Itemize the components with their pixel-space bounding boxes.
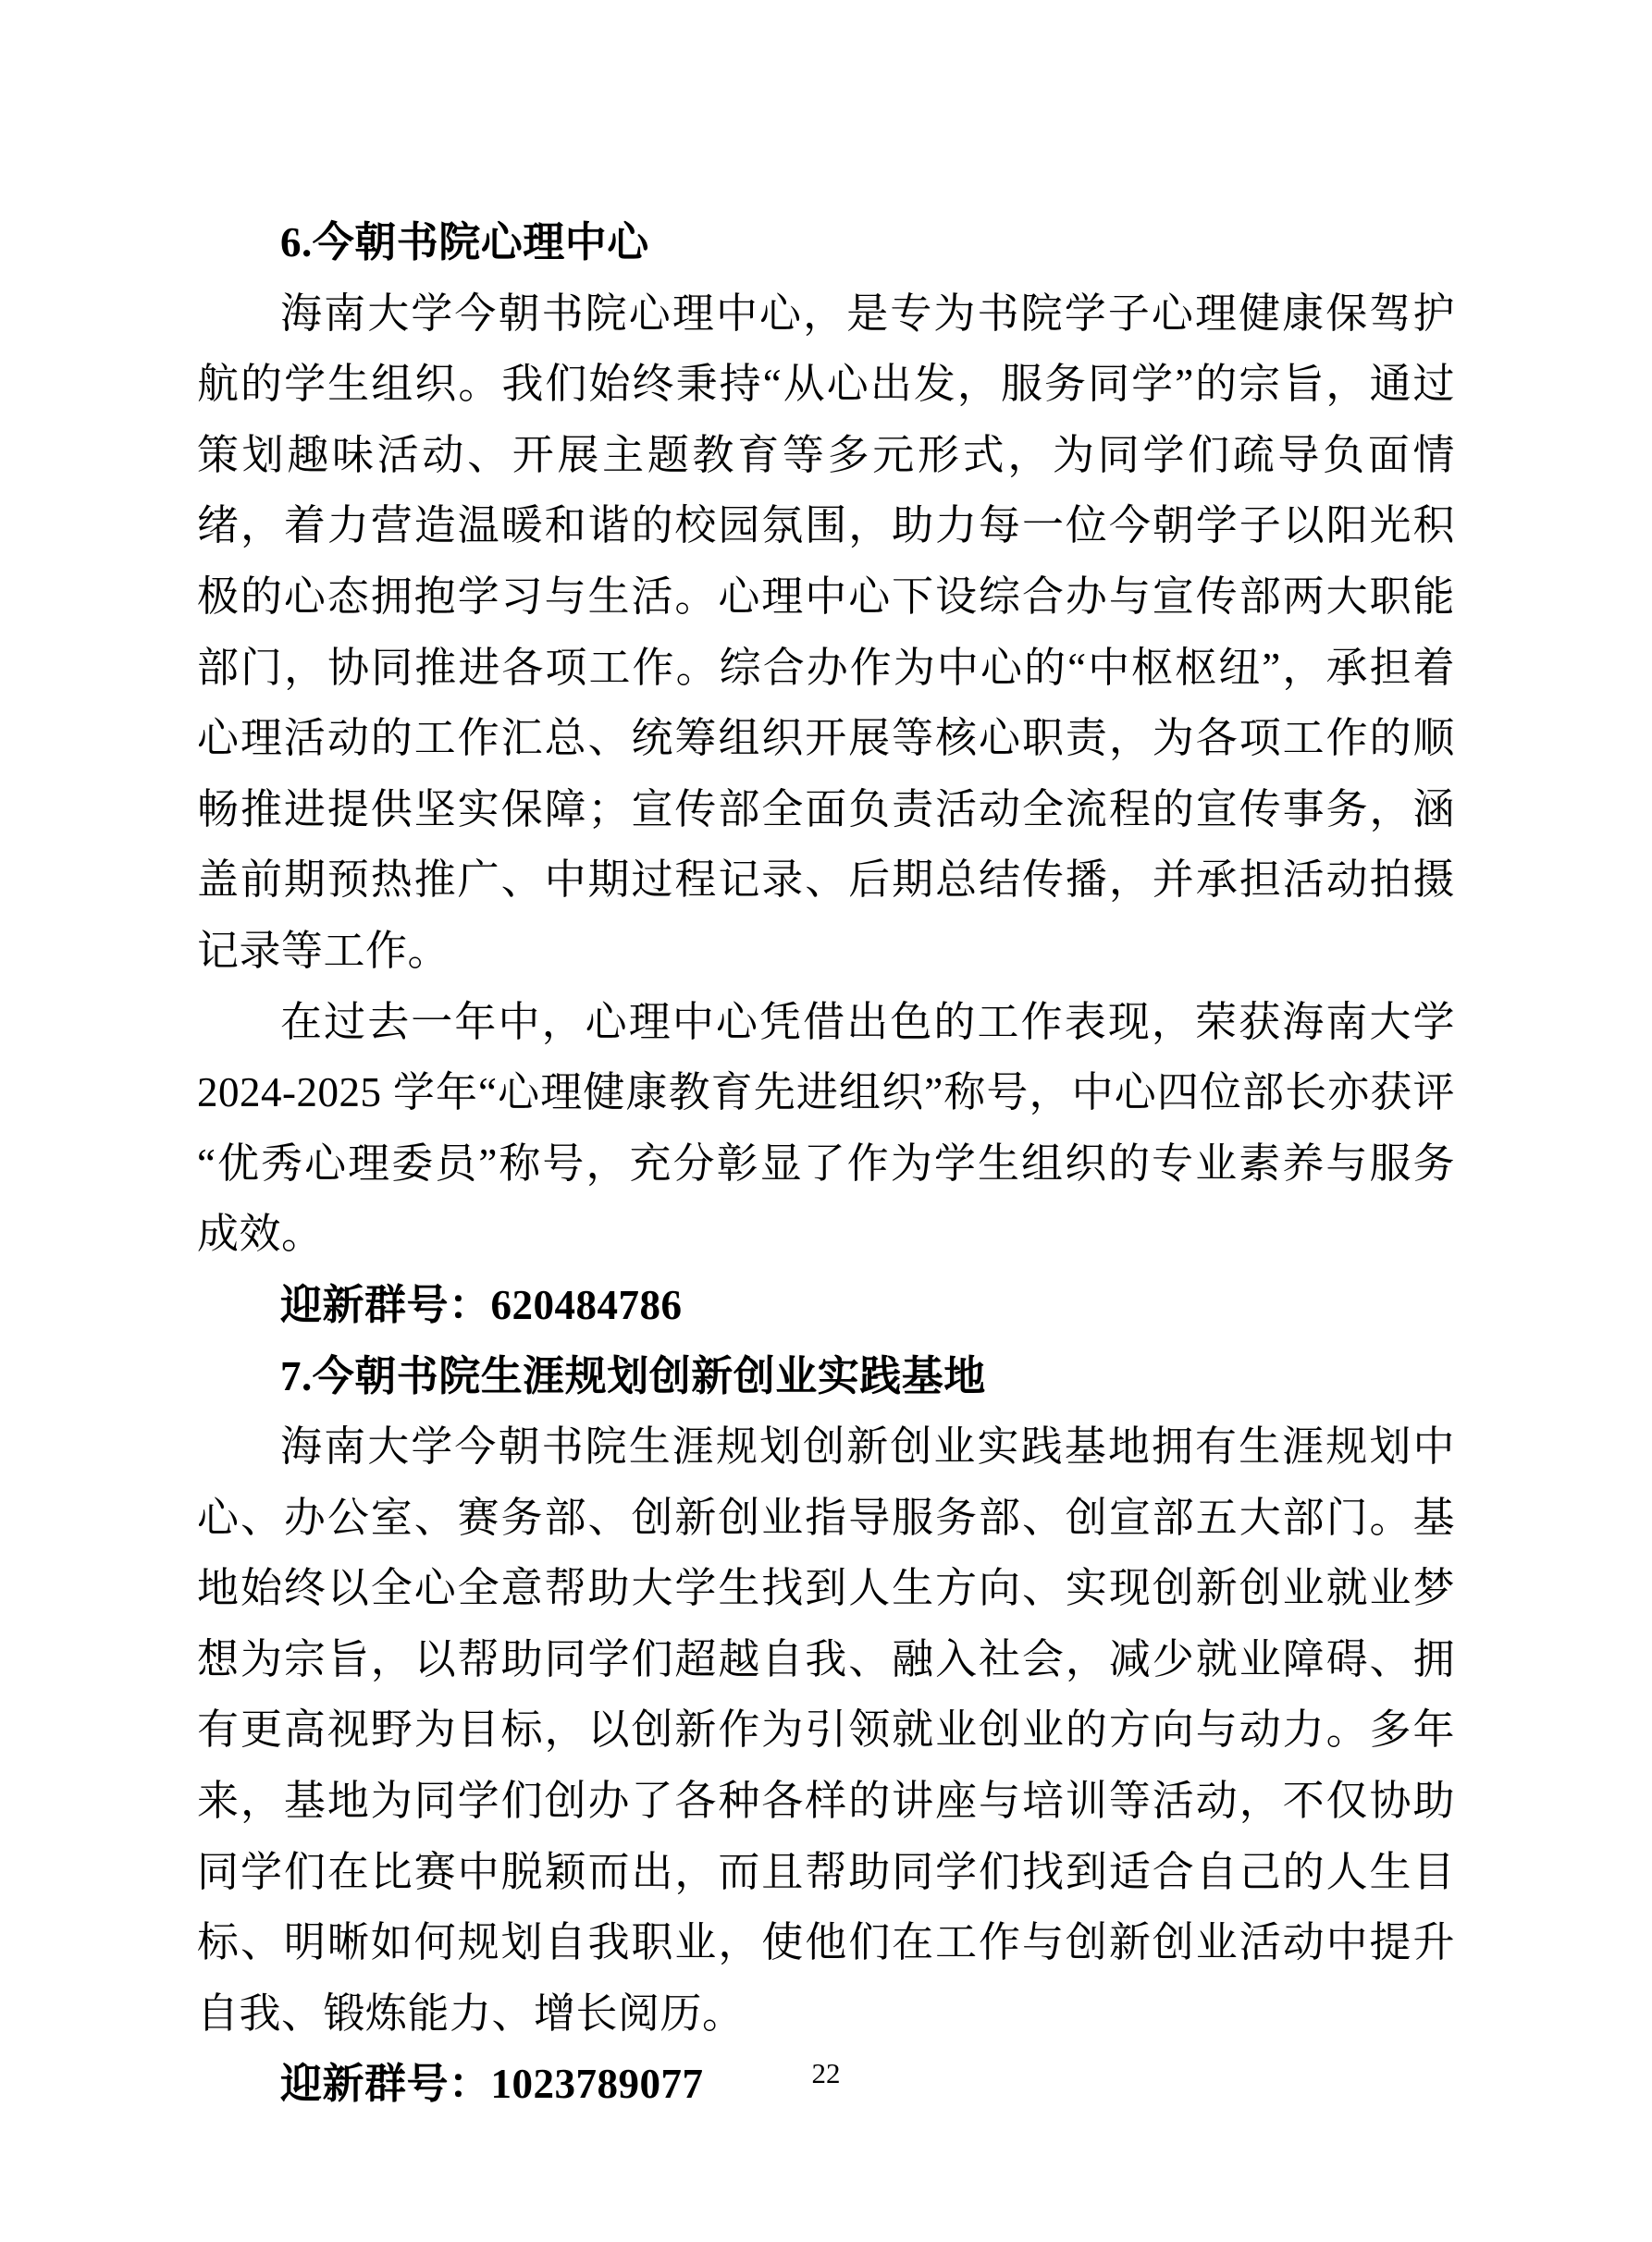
section-6-group-number: 620484786 (491, 1282, 683, 1328)
section-7-paragraph-1: 海南大学今朝书院生涯规划创新创业实践基地拥有生涯规划中心、办公室、赛务部、创新创… (197, 1411, 1455, 2049)
section-6-group-label: 迎新群号： (280, 1282, 491, 1328)
section-6-paragraph-2: 在过去一年中，心理中心凭借出色的工作表现，荣获海南大学2024-2025 学年“… (197, 987, 1455, 1270)
section-6-paragraph-1: 海南大学今朝书院心理中心，是专为书院学子心理健康保驾护航的学生组织。我们始终秉持… (197, 278, 1455, 987)
document-page: 6.今朝书院心理中心 海南大学今朝书院心理中心，是专为书院学子心理健康保驾护航的… (0, 0, 1652, 2242)
section-6-heading: 6.今朝书院心理中心 (197, 207, 1455, 278)
page-number: 22 (0, 2055, 1652, 2092)
section-7-heading: 7.今朝书院生涯规划创新创业实践基地 (197, 1341, 1455, 1412)
document-content: 6.今朝书院心理中心 海南大学今朝书院心理中心，是专为书院学子心理健康保驾护航的… (197, 207, 1455, 2120)
section-6-group-number-line: 迎新群号：620484786 (197, 1270, 1455, 1341)
